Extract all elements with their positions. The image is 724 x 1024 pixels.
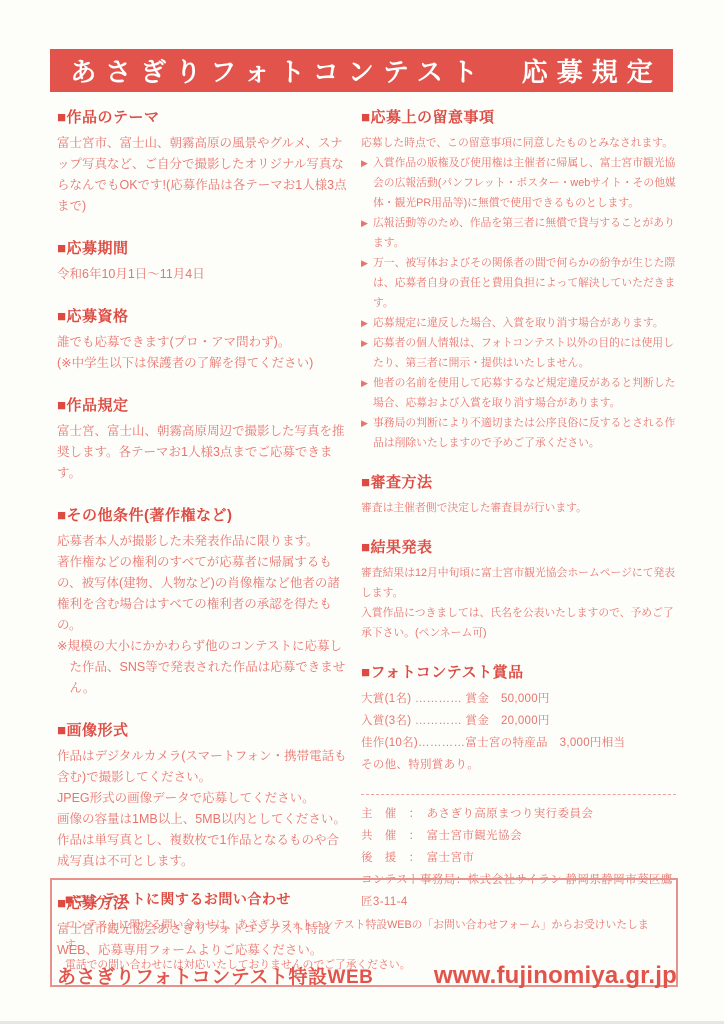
note-bullet-text: 広報活動等のため、作品を第三者に無償で貸与することがあります。 — [373, 213, 676, 253]
prize-special: その他、特別賞あり。 — [361, 754, 676, 776]
document-title-banner: あさぎりフォトコンテスト 応募規定 — [50, 49, 673, 92]
note-bullet: ▶ 他者の名前を使用して応募するなど規定違反があると判断した場合、応募および入賞… — [361, 373, 676, 413]
contact-line1: コンテストに関する問い合わせは、あさぎりフォトコンテスト特設WEBの「お問い合わ… — [65, 915, 663, 955]
format-p2: JPEG形式の画像データで応募してください。 — [57, 788, 349, 809]
results-p1: 審査結果は12月中旬頃に富士宮市観光協会ホームページにて発表します。 — [361, 563, 676, 603]
section-prizes: ■フォトコンテスト賞品 大賞(1名) ………… 賞金 50,000円 入賞(3名… — [361, 661, 676, 776]
document-title: あさぎりフォトコンテスト 応募規定 — [61, 52, 662, 89]
note-bullet: ▶ 広報活動等のため、作品を第三者に無償で貸与することがあります。 — [361, 213, 676, 253]
section-heading-theme: ■作品のテーマ — [57, 106, 349, 129]
contact-box-heading: ■コンテストに関するお問い合わせ — [65, 888, 663, 911]
section-judging: ■審査方法 審査は主催者側で決定した審査員が行います。 — [361, 471, 676, 518]
note-bullet: ▶ 事務局の判断により不適切または公序良俗に反するとされる作品は削除いたしますの… — [361, 413, 676, 453]
period-body: 令和6年10月1日〜11月4日 — [57, 264, 349, 285]
theme-body: 富士宮市、富士山、朝霧高原の風景やグルメ、スナップ写真など、ご自分で撮影したオリ… — [57, 133, 349, 217]
section-heading-judging: ■審査方法 — [361, 471, 676, 494]
section-heading-image-format: ■画像形式 — [57, 719, 349, 742]
section-rules: ■作品規定 富士宮、富士山、朝霧高原周辺で撮影した写真を推奨します。各テーマお1… — [57, 394, 349, 484]
triangle-bullet-icon: ▶ — [361, 313, 373, 333]
section-heading-results: ■結果発表 — [361, 536, 676, 559]
format-p4: 作品は単写真とし、複数枚で1作品となるものや合成写真は不可とします。 — [57, 830, 349, 872]
judging-body: 審査は主催者側で決定した審査員が行います。 — [361, 498, 676, 518]
content-columns: ■作品のテーマ 富士宮市、富士山、朝霧高原の風景やグルメ、スナップ写真など、ご自… — [57, 106, 676, 981]
note-bullet-text: 万一、被写体およびその関係者の間で何らかの紛争が生じた際は、応募者自身の責任と費… — [373, 253, 676, 313]
section-results: ■結果発表 審査結果は12月中旬頃に富士宮市観光協会ホームページにて発表します。… — [361, 536, 676, 643]
prize-grand: 大賞(1名) ………… 賞金 50,000円 — [361, 688, 676, 710]
prize-honorable: 佳作(10名)…………富士宮の特産品 3,000円相当 — [361, 732, 676, 754]
section-eligibility: ■応募資格 誰でも応募できます(プロ・アマ問わず)。 (※中学生以下は保護者の了… — [57, 305, 349, 374]
section-heading-notes: ■応募上の留意事項 — [361, 106, 676, 129]
triangle-bullet-icon: ▶ — [361, 213, 373, 253]
triangle-bullet-icon: ▶ — [361, 413, 373, 453]
eligibility-line1: 誰でも応募できます(プロ・アマ問わず)。 — [57, 332, 349, 353]
right-column: ■応募上の留意事項 応募した時点で、この留意事項に同意したものとみなされます。 … — [361, 106, 676, 981]
section-heading-prizes: ■フォトコンテスト賞品 — [361, 661, 676, 684]
site-web-label: あさぎりフォトコンテスト特設WEB — [57, 962, 373, 989]
triangle-bullet-icon: ▶ — [361, 373, 373, 413]
note-bullet: ▶ 万一、被写体およびその関係者の間で何らかの紛争が生じた際は、応募者自身の責任… — [361, 253, 676, 313]
conditions-p2: 著作権などの権利のすべてが応募者に帰属するもの、被写体(建物、人物など)の肖像権… — [57, 552, 349, 636]
organizer-cohost: 共 催 ： 富士宮市観光協会 — [361, 825, 676, 847]
rules-body: 富士宮、富士山、朝霧高原周辺で撮影した写真を推奨します。各テーマお1人様3点まで… — [57, 421, 349, 484]
organizer-host: 主 催 ： あさぎり高原まつり実行委員会 — [361, 803, 676, 825]
section-image-format: ■画像形式 作品はデジタルカメラ(スマートフォン・携帯電話も含む)で撮影してくだ… — [57, 719, 349, 872]
note-bullet-text: 入賞作品の版権及び使用権は主催者に帰属し、富士宮市観光協会の広報活動(パンフレッ… — [373, 153, 676, 213]
section-notes: ■応募上の留意事項 応募した時点で、この留意事項に同意したものとみなされます。 … — [361, 106, 676, 453]
document-page: あさぎりフォトコンテスト 応募規定 ■作品のテーマ 富士宮市、富士山、朝霧高原の… — [0, 0, 724, 1024]
format-p3: 画像の容量は1MB以上、5MB以内としてください。 — [57, 809, 349, 830]
notes-intro: 応募した時点で、この留意事項に同意したものとみなされます。 — [361, 133, 676, 153]
note-bullet: ▶ 応募者の個人情報は、フォトコンテスト以外の目的には使用したり、第三者に開示・… — [361, 333, 676, 373]
note-bullet-text: 他者の名前を使用して応募するなど規定違反があると判断した場合、応募および入賞を取… — [373, 373, 676, 413]
eligibility-line2: (※中学生以下は保護者の了解を得てください) — [57, 353, 349, 374]
note-bullet-text: 事務局の判断により不適切または公序良俗に反するとされる作品は削除いたしますので予… — [373, 413, 676, 453]
format-p1: 作品はデジタルカメラ(スマートフォン・携帯電話も含む)で撮影してください。 — [57, 746, 349, 788]
section-heading-period: ■応募期間 — [57, 237, 349, 260]
note-bullet: ▶ 応募規定に違反した場合、入賞を取り消す場合があります。 — [361, 313, 676, 333]
section-theme: ■作品のテーマ 富士宮市、富士山、朝霧高原の風景やグルメ、スナップ写真など、ご自… — [57, 106, 349, 217]
footer: あさぎりフォトコンテスト特設WEB www.fujinomiya.gr.jp — [57, 962, 677, 990]
note-bullet-text: 応募者の個人情報は、フォトコンテスト以外の目的には使用したり、第三者に開示・提供… — [373, 333, 676, 373]
triangle-bullet-icon: ▶ — [361, 253, 373, 313]
section-heading-eligibility: ■応募資格 — [57, 305, 349, 328]
organizer-support: 後 援 ： 富士宮市 — [361, 847, 676, 869]
organizers-divider — [361, 794, 676, 795]
left-column: ■作品のテーマ 富士宮市、富士山、朝霧高原の風景やグルメ、スナップ写真など、ご自… — [57, 106, 349, 981]
conditions-note: ※規模の大小にかかわらず他のコンテストに応募した作品、SNS等で発表された作品は… — [57, 636, 349, 699]
section-conditions: ■その他条件(著作権など) 応募者本人が撮影した未発表作品に限ります。 著作権な… — [57, 504, 349, 699]
conditions-p1: 応募者本人が撮影した未発表作品に限ります。 — [57, 531, 349, 552]
section-period: ■応募期間 令和6年10月1日〜11月4日 — [57, 237, 349, 285]
site-url: www.fujinomiya.gr.jp — [434, 962, 677, 990]
triangle-bullet-icon: ▶ — [361, 333, 373, 373]
section-heading-conditions: ■その他条件(著作権など) — [57, 504, 349, 527]
results-p2: 入賞作品につきましては、氏名を公表いたしますので、予めご了承下さい。(ペンネーム… — [361, 603, 676, 643]
section-heading-rules: ■作品規定 — [57, 394, 349, 417]
note-bullet: ▶ 入賞作品の版権及び使用権は主催者に帰属し、富士宮市観光協会の広報活動(パンフ… — [361, 153, 676, 213]
note-bullet-text: 応募規定に違反した場合、入賞を取り消す場合があります。 — [373, 313, 676, 333]
prize-winner: 入賞(3名) ………… 賞金 20,000円 — [361, 710, 676, 732]
triangle-bullet-icon: ▶ — [361, 153, 373, 213]
